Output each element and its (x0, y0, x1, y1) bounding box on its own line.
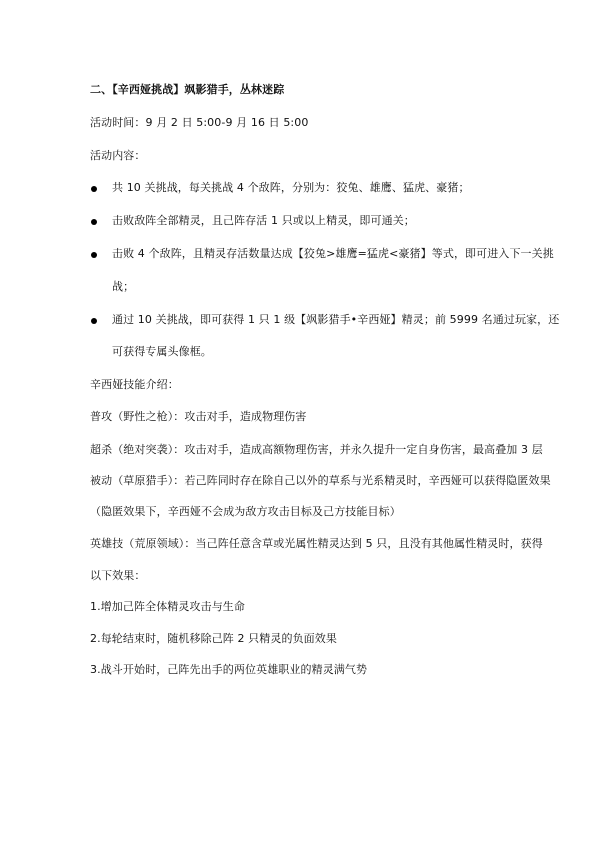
skills-label: 辛西娅技能介绍： (90, 378, 179, 392)
effect-2: 2.每轮结束时，随机移除己阵 2 只精灵的负面效果 (90, 632, 337, 646)
effect-3: 3.战斗开始时，己阵先出手的两位英雄职业的精灵满气势 (90, 663, 367, 677)
skill-passive: 被动（草原猎手）：若己阵同时存在除自己以外的草系与光系精灵时，辛西娅可以获得隐匿… (90, 474, 551, 488)
bullet-item-3: 击败 4 个敌阵，且精灵存活数量达成【狡兔>雄鹰=猛虎<豪猪】等式，即可进入下一… (112, 247, 554, 261)
bullet-item-3-cont: 战； (112, 280, 134, 294)
skill-hero: 英雄技（荒原领域）：当己阵任意含草或光属性精灵达到 5 只，且没有其他属性精灵时… (90, 537, 543, 551)
bullet-icon (91, 186, 97, 192)
bullet-item-4: 通过 10 关挑战，即可获得 1 只 1 级【飒影猎手•辛西娅】精灵；前 599… (112, 313, 559, 327)
bullet-item-4-cont: 可获得专属头像框。 (112, 345, 212, 359)
skill-normal-attack: 普攻（野性之枪）：攻击对手，造成物理伤害 (90, 410, 307, 424)
activity-time: 活动时间：9 月 2 日 5:00-9 月 16 日 5:00 (90, 116, 308, 130)
skill-ultimate: 超杀（绝对突袭）：攻击对手，造成高额物理伤害，并永久提升一定自身伤害，最高叠加 … (90, 443, 543, 457)
skill-hero-cont: 以下效果： (90, 569, 146, 583)
bullet-item-2: 击败敌阵全部精灵，且己阵存活 1 只或以上精灵，即可通关； (112, 214, 415, 228)
bullet-icon (91, 252, 97, 258)
bullet-item-1: 共 10 关挑战，每关挑战 4 个敌阵，分别为：狡兔、雄鹰、猛虎、豪猪； (112, 181, 470, 195)
section-title: 二、【辛西娅挑战】飒影猎手，丛林迷踪 (90, 83, 284, 97)
bullet-icon (91, 219, 97, 225)
bullet-icon (91, 318, 97, 324)
activity-content-label: 活动内容： (90, 149, 146, 163)
skill-passive-note: （隐匿效果下，辛西娅不会成为敌方攻击目标及己方技能目标） (90, 505, 401, 519)
effect-1: 1.增加己阵全体精灵攻击与生命 (90, 600, 245, 614)
